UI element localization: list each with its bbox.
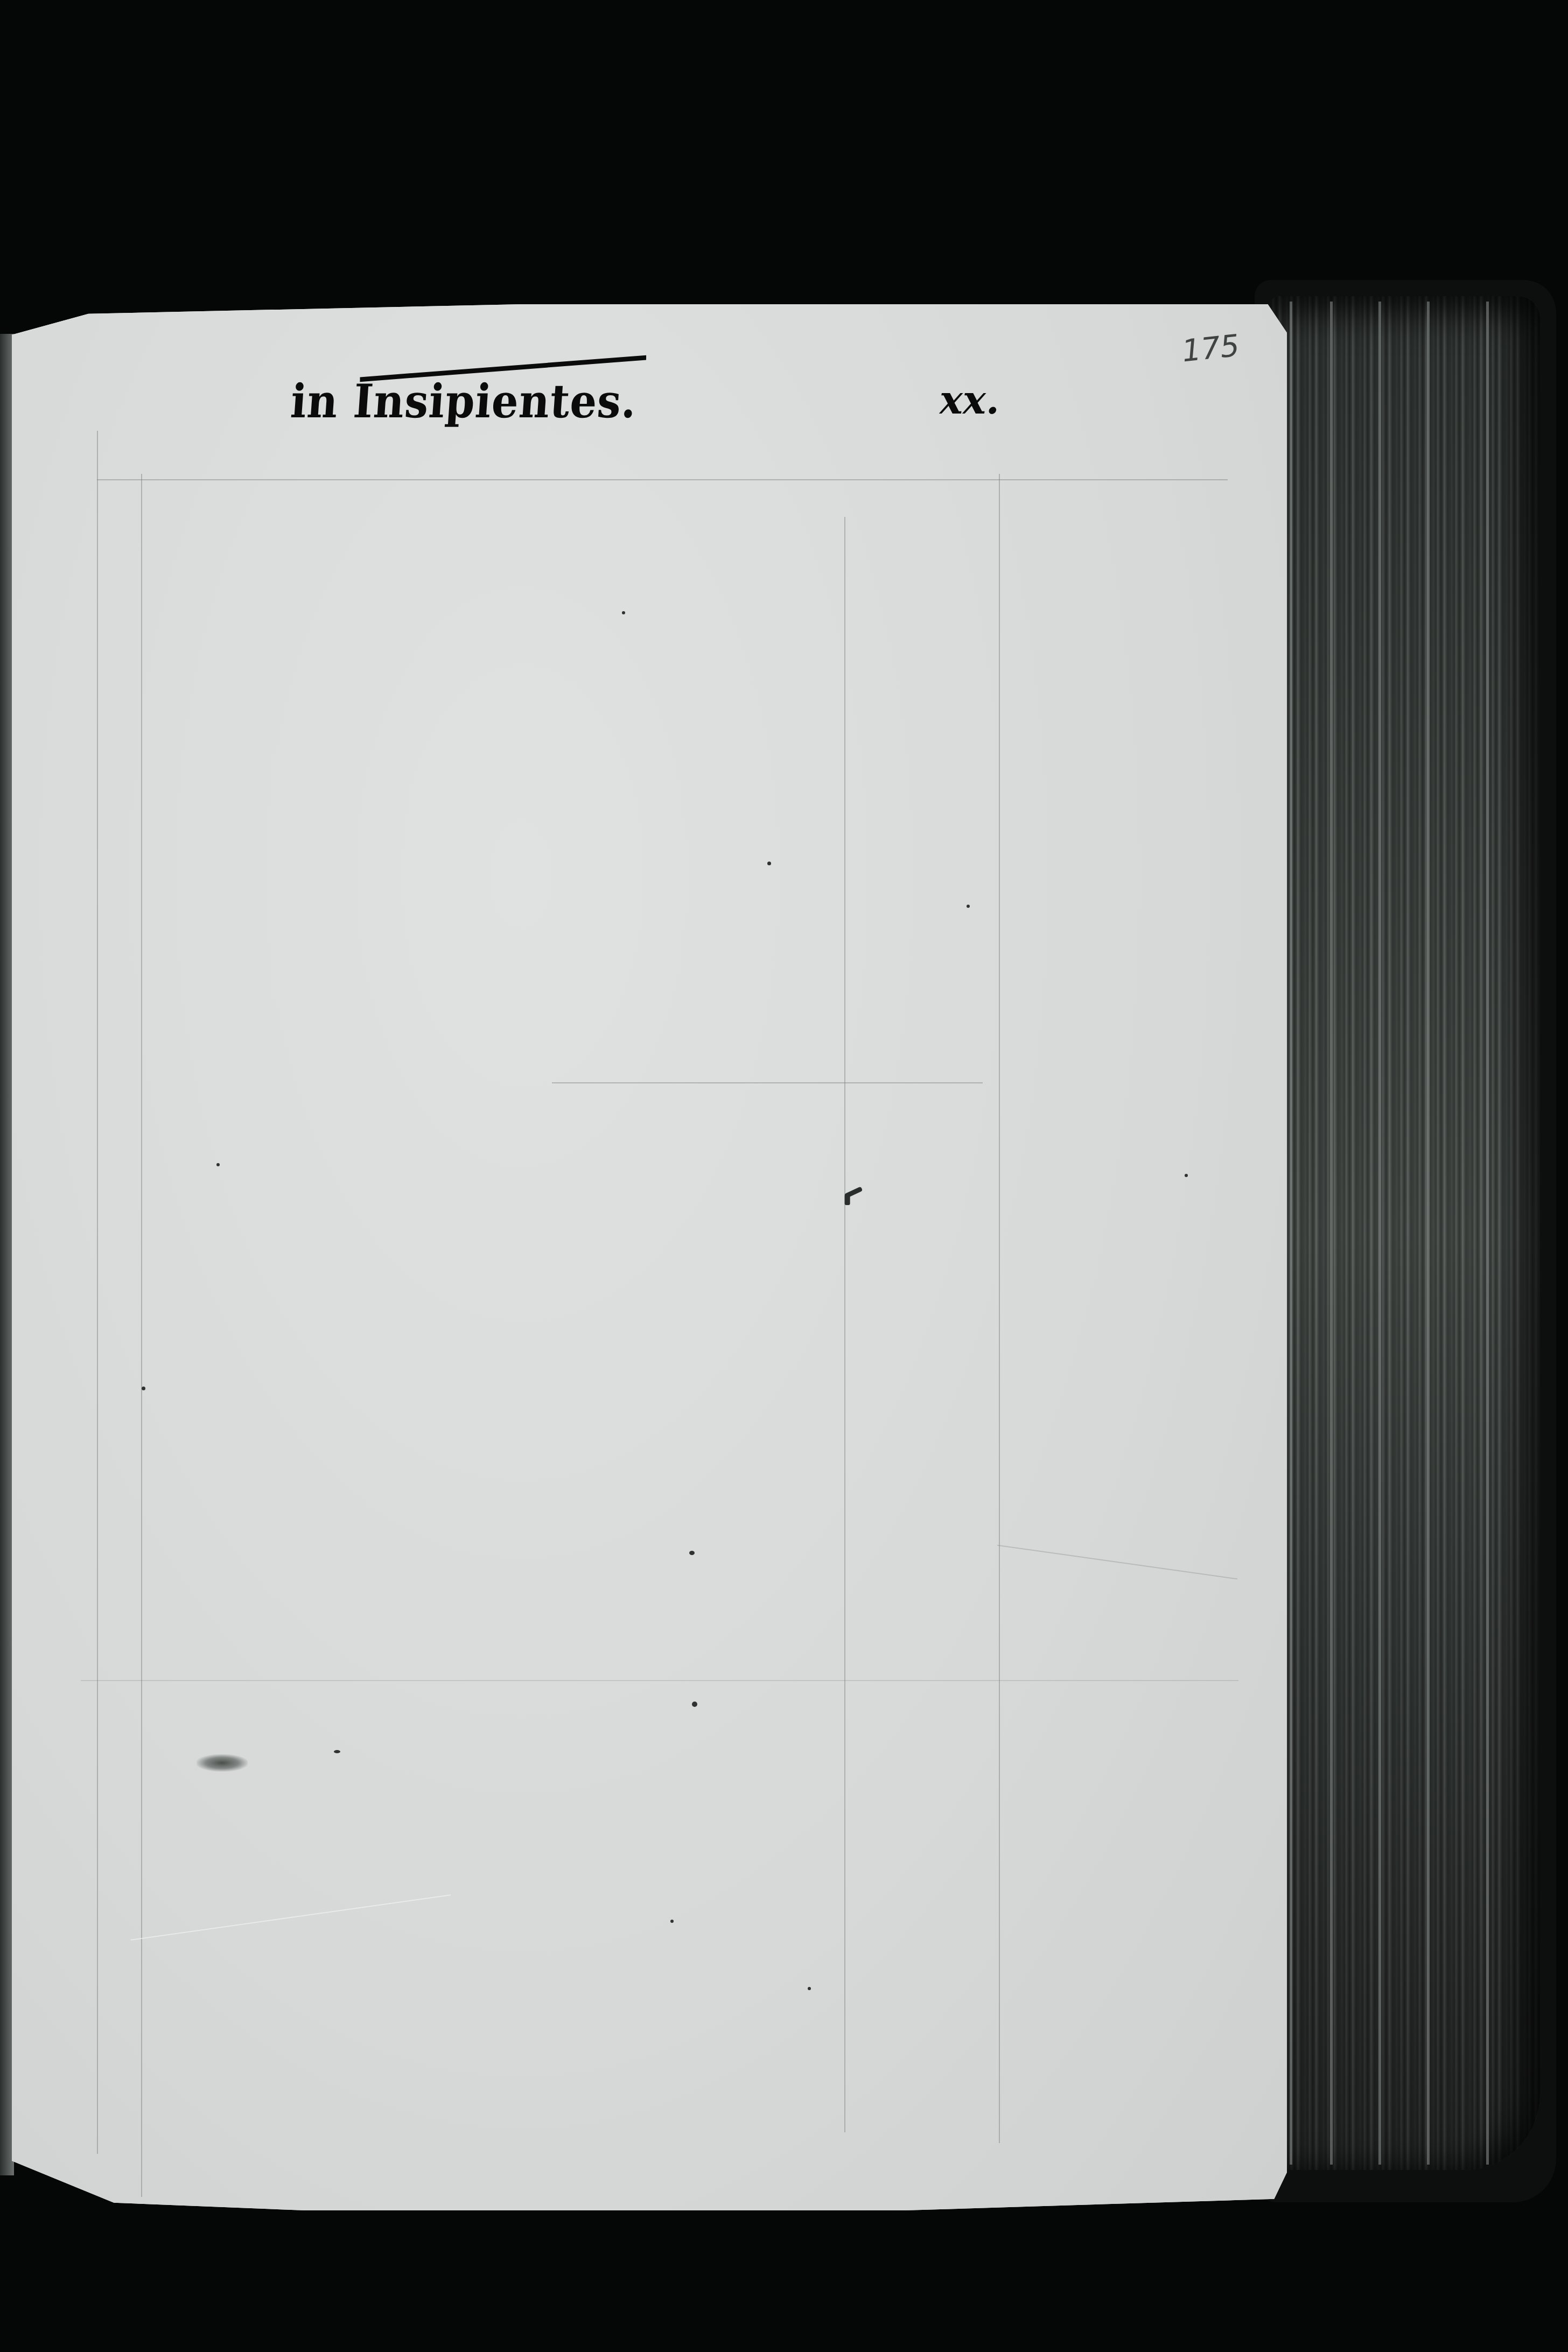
paper-speck bbox=[142, 1387, 145, 1390]
page-edge-line bbox=[1378, 302, 1381, 2165]
running-head-prefix: in bbox=[289, 374, 340, 428]
paper-speck bbox=[1185, 1174, 1188, 1177]
running-head: in Insipientes. bbox=[289, 374, 639, 428]
page-edge-line bbox=[1330, 302, 1333, 2165]
ink-smudge bbox=[197, 1754, 248, 1772]
paper-speck bbox=[808, 1987, 811, 1990]
paper-speck bbox=[767, 862, 771, 865]
page-edge-line bbox=[1486, 302, 1489, 2165]
paper-speck bbox=[622, 611, 625, 614]
book-fore-edge bbox=[1268, 296, 1540, 2170]
ruling-line-middle bbox=[552, 1082, 983, 1083]
paper-speck bbox=[967, 905, 970, 908]
paper-speck bbox=[670, 1920, 674, 1923]
ruling-line-left-outer bbox=[97, 431, 98, 2154]
page-edge-line bbox=[1427, 302, 1430, 2165]
leaf-numeral: xx. bbox=[940, 377, 999, 423]
paper-speck bbox=[689, 1551, 695, 1555]
handwritten-folio-number: 175 bbox=[1180, 328, 1241, 369]
page-edge-line bbox=[1290, 302, 1292, 2165]
paper-speck bbox=[692, 1702, 697, 1707]
ruling-line-bottom bbox=[81, 1680, 1238, 1681]
book-page bbox=[12, 304, 1287, 2210]
paper-speck bbox=[216, 1163, 220, 1166]
paper-speck bbox=[334, 1750, 340, 1753]
ruling-line-top bbox=[97, 479, 1228, 480]
ruling-line-right bbox=[999, 474, 1000, 2143]
ruling-line-center bbox=[844, 517, 845, 2132]
running-head-word: Insipientes bbox=[352, 374, 624, 428]
